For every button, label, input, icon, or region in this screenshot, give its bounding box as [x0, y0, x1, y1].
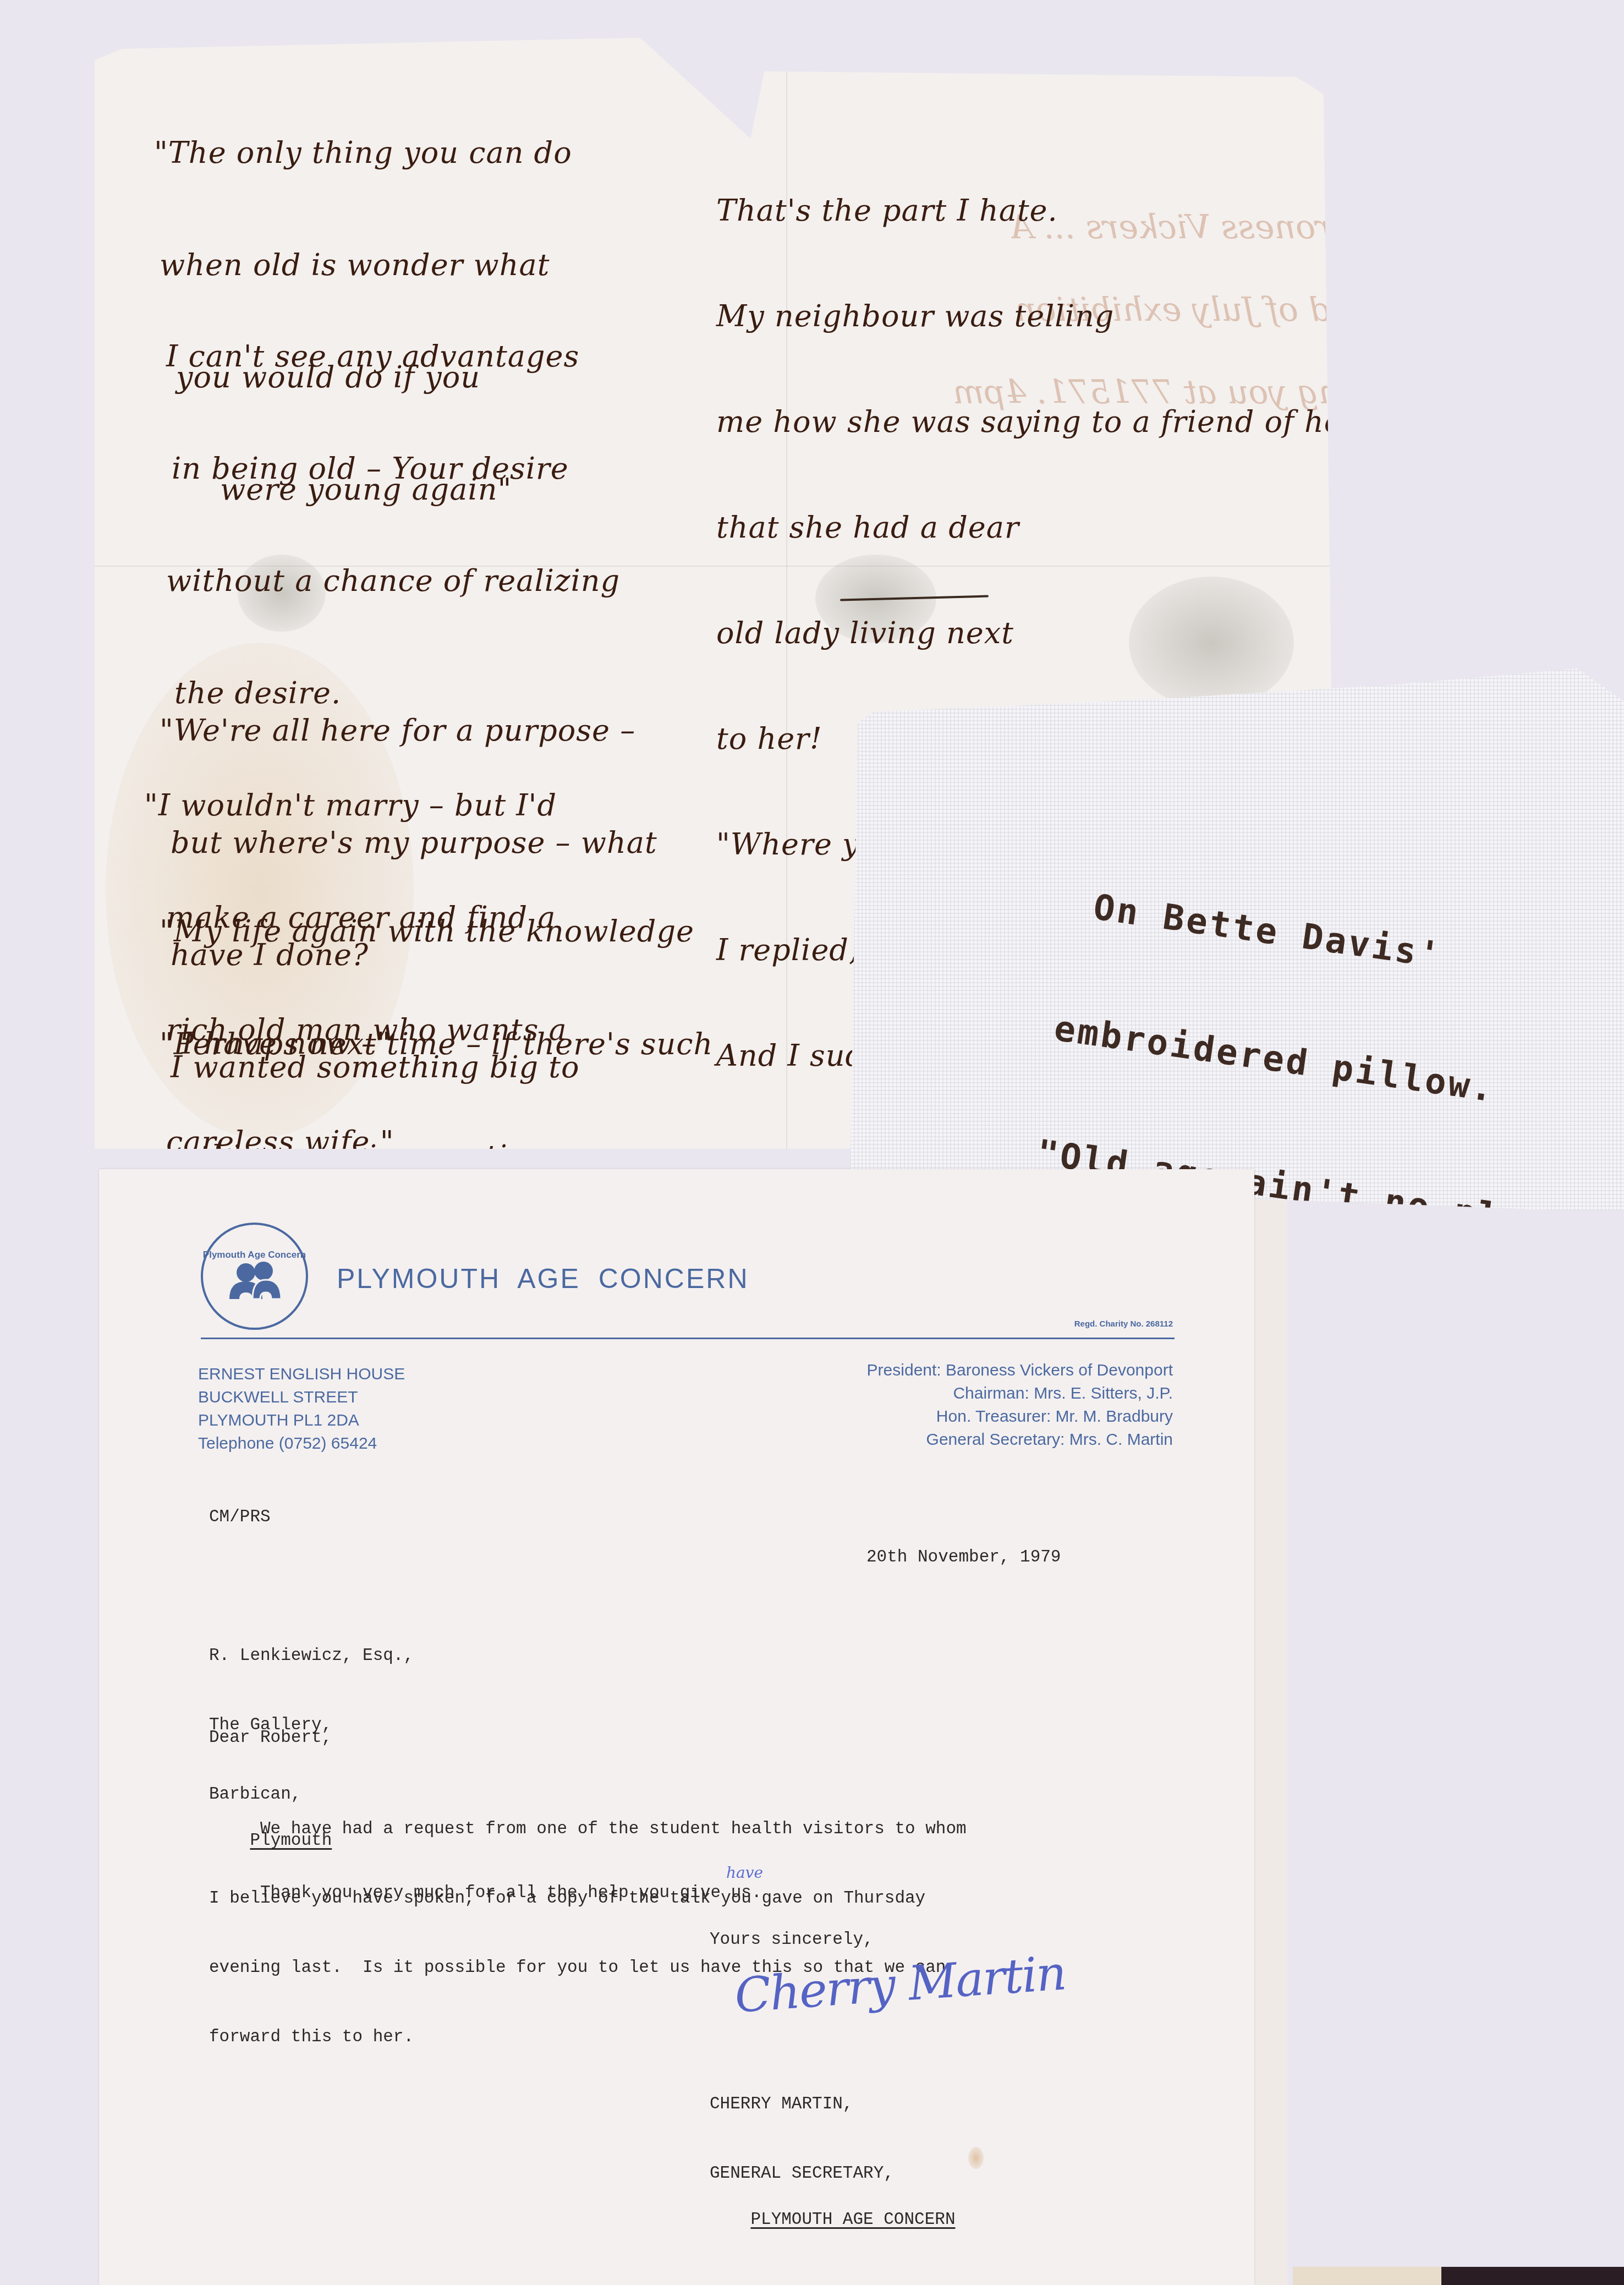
foxing-stain [968, 2147, 984, 2169]
underlying-paper-edge [1254, 1183, 1287, 2285]
handwritten-insertion: have [726, 1864, 763, 1882]
typed-letter: Plymouth Age Concern PLYMOUTH AGE CONCER… [99, 1169, 1254, 2285]
body-paragraph-2: Thank you very much for all the help you… [209, 1882, 762, 1905]
underlying-paper-corner [1293, 2267, 1441, 2285]
organisation-officers: President: Baroness Vickers of Devonport… [867, 1359, 1173, 1451]
organisation-name: PLYMOUTH AGE CONCERN [337, 1263, 749, 1295]
paper-napkin: On Bette Davis' embroidered pillow. "Old… [850, 668, 1624, 1210]
charity-number: Regd. Charity No. 268112 [1074, 1319, 1173, 1329]
dark-background-corner [1441, 2267, 1624, 2285]
ink-blot [1360, 599, 1426, 606]
closing: Yours sincerely, [710, 1928, 874, 1952]
letterhead-divider [201, 1338, 1175, 1339]
organisation-address: ERNEST ENGLISH HOUSE BUCKWELL STREET PLY… [198, 1363, 405, 1455]
salutation: Dear Robert, [209, 1727, 332, 1750]
reference-code: CM/PRS [209, 1506, 271, 1529]
two-people-icon [222, 1261, 288, 1299]
letter-date: 20th November, 1979 [866, 1546, 1061, 1569]
age-concern-logo: Plymouth Age Concern [201, 1223, 308, 1330]
signatory-block: CHERRY MARTIN, GENERAL SECRETARY, PLYMOU… [710, 2047, 955, 2255]
